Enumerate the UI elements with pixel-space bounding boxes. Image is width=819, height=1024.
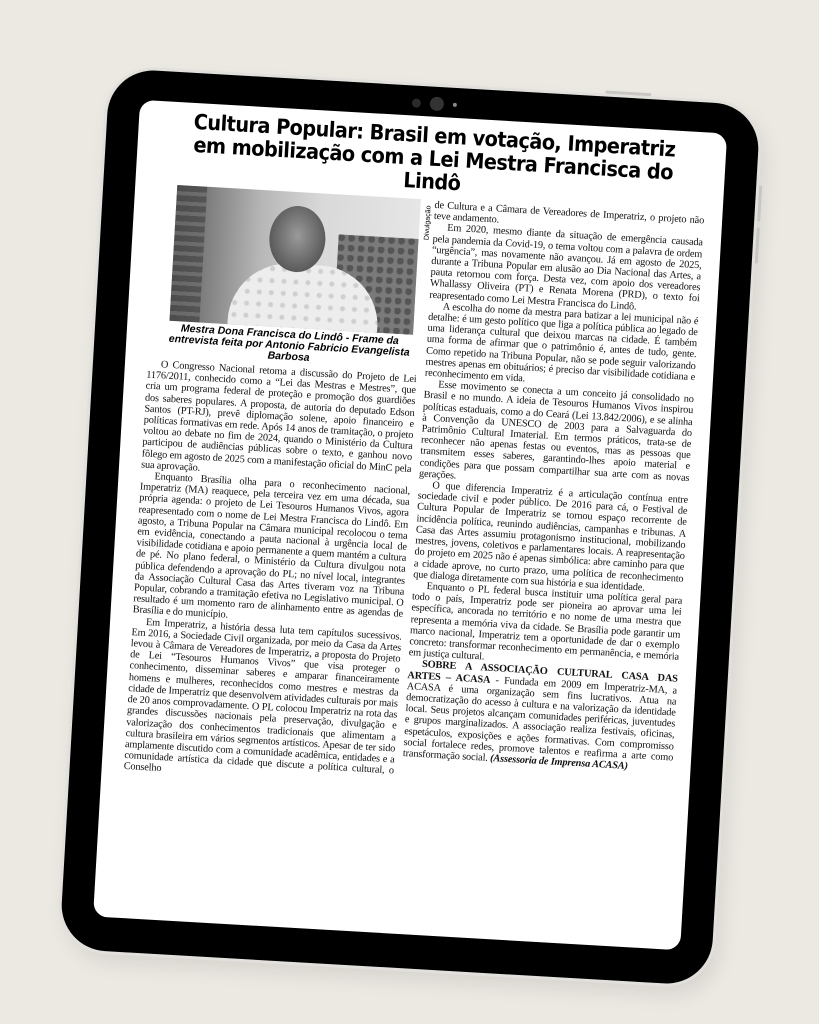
left-column: Divulgação Mestra Dona Francisca do Lind… xyxy=(123,184,426,788)
volume-up-button xyxy=(757,186,762,222)
article-photo: Divulgação xyxy=(169,185,420,335)
paragraph: Enquanto Brasília olha para o reconhecim… xyxy=(132,470,410,631)
photo-image xyxy=(169,185,420,335)
paragraph: O que diferencia Imperatriz é a articula… xyxy=(413,480,688,596)
tablet-device: Cultura Popular: Brasil em votação, Impe… xyxy=(59,68,761,986)
screen[interactable]: Cultura Popular: Brasil em votação, Impe… xyxy=(93,100,727,950)
top-button xyxy=(605,91,651,97)
paragraph: Esse movimento se conecta a um conceito … xyxy=(419,379,694,495)
paragraph: Em Imperatriz, a história dessa luta tem… xyxy=(123,616,402,788)
about-text: - Fundada em 2009 em Imperatriz-MA, a AC… xyxy=(403,674,678,764)
about-section: Sobre a Associação Cultural Casa das Art… xyxy=(403,658,678,774)
volume-down-button xyxy=(755,227,760,263)
sensor-dot-icon xyxy=(412,98,422,108)
paragraph: Em 2020, mesmo diante da situação de eme… xyxy=(429,222,703,316)
front-camera-icon xyxy=(430,96,445,111)
photo-credit: Divulgação xyxy=(424,205,433,240)
camera-bar xyxy=(412,95,458,112)
right-column: de Cultura e a Câmara de Vereadores de I… xyxy=(401,200,704,804)
article-columns: Divulgação Mestra Dona Francisca do Lind… xyxy=(123,184,704,804)
paragraph: O Congresso Nacional retoma a discussão … xyxy=(141,359,417,486)
indicator-dot-icon xyxy=(453,103,457,107)
